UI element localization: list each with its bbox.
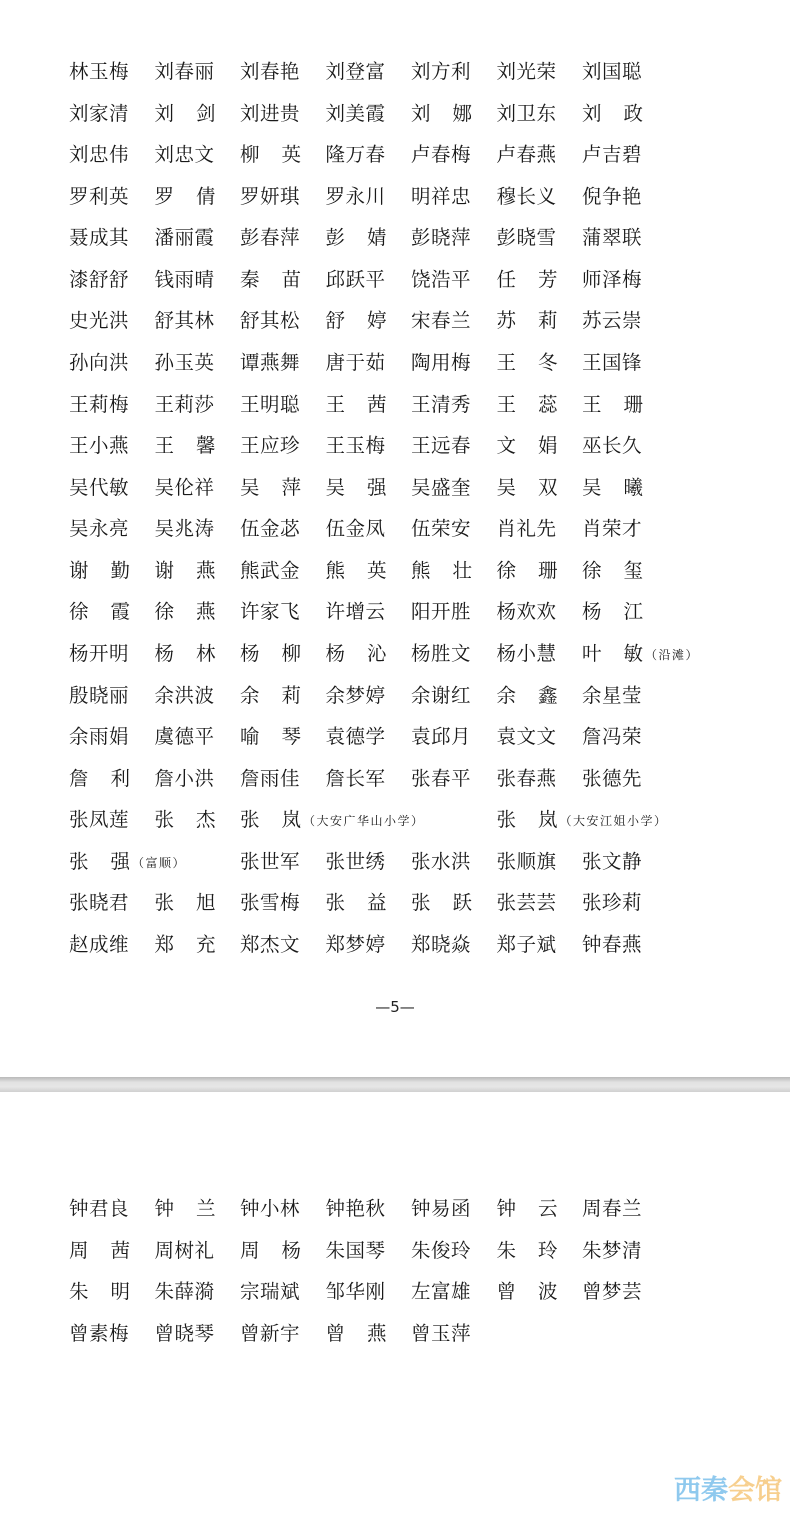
person-name: 陶用梅 bbox=[411, 351, 471, 375]
person-name: 林玉梅 bbox=[69, 60, 129, 84]
name-text: 朱国琴 bbox=[326, 1239, 386, 1262]
person-name: 郑充 bbox=[155, 933, 216, 957]
person-name: 朱薛漪 bbox=[155, 1280, 215, 1304]
person-name: 张文静 bbox=[582, 850, 642, 874]
name-text: 刘春丽 bbox=[155, 60, 215, 83]
person-name: 秦苗 bbox=[240, 268, 301, 292]
person-name: 王珊 bbox=[582, 393, 643, 417]
person-name: 吴代敏 bbox=[69, 476, 129, 500]
name-text: 穆长义 bbox=[497, 185, 557, 208]
name-text: 周树礼 bbox=[155, 1239, 215, 1262]
person-name: 朱明 bbox=[69, 1280, 130, 1304]
name-text: 师泽梅 bbox=[582, 268, 642, 291]
person-name: 伍荣安 bbox=[411, 517, 471, 541]
name-text: 吴代敏 bbox=[69, 476, 129, 499]
person-name: 张凤莲 bbox=[69, 808, 129, 832]
person-name: 伍金苾 bbox=[240, 517, 300, 541]
person-name: 卢吉碧 bbox=[582, 143, 642, 167]
name-text: 郑晓焱 bbox=[411, 933, 471, 956]
person-name: 张益 bbox=[326, 891, 387, 915]
person-name: 刘光荣 bbox=[497, 60, 557, 84]
name-text: 郑充 bbox=[155, 933, 216, 956]
person-name: 余梦婷 bbox=[326, 684, 386, 708]
name-text: 郑杰文 bbox=[240, 933, 300, 956]
person-name: 聂成其 bbox=[69, 226, 129, 250]
person-name: 刘国聪 bbox=[582, 60, 642, 84]
person-name: 王明聪 bbox=[240, 393, 300, 417]
page-separator bbox=[0, 1077, 790, 1092]
name-text: 张珍莉 bbox=[582, 891, 642, 914]
name-text: 朱俊玲 bbox=[411, 1239, 471, 1262]
person-name: 饶浩平 bbox=[411, 268, 471, 292]
person-name: 王莉莎 bbox=[155, 393, 215, 417]
name-text: 詹雨佳 bbox=[240, 767, 300, 790]
name-text: 任芳 bbox=[497, 268, 558, 291]
name-text: 伍荣安 bbox=[411, 517, 471, 540]
name-text: 杨林 bbox=[155, 642, 216, 665]
name-text: 宗瑞斌 bbox=[240, 1280, 300, 1303]
name-text: 王玉梅 bbox=[326, 434, 386, 457]
person-name: 舒其林 bbox=[155, 309, 215, 333]
person-name: 余洪波 bbox=[155, 684, 215, 708]
name-text: 苏云崇 bbox=[582, 309, 642, 332]
person-name: 郑子斌 bbox=[497, 933, 557, 957]
person-name: 钟云 bbox=[497, 1197, 558, 1221]
name-text: 巫长久 bbox=[582, 434, 642, 457]
person-name: 刘娜 bbox=[411, 102, 472, 126]
name-text: 刘剑 bbox=[155, 102, 216, 125]
person-name: 王应珍 bbox=[240, 434, 300, 458]
name-text: 孙玉英 bbox=[155, 351, 215, 374]
person-name: 邱跃平 bbox=[326, 268, 386, 292]
name-text: 彭婧 bbox=[326, 226, 387, 249]
name-text: 朱玲 bbox=[497, 1239, 558, 1262]
name-annotation: （沿滩） bbox=[645, 648, 699, 662]
name-text: 袁文文 bbox=[497, 725, 557, 748]
person-name: 潘丽霞 bbox=[155, 226, 215, 250]
name-text: 吴双 bbox=[497, 476, 558, 499]
person-name: 詹长军 bbox=[326, 767, 386, 791]
name-text: 吴强 bbox=[326, 476, 387, 499]
name-text: 钟君良 bbox=[69, 1197, 129, 1220]
person-name: 张世军 bbox=[240, 850, 300, 874]
person-name: 钟小林 bbox=[240, 1197, 300, 1221]
name-text: 吴萍 bbox=[240, 476, 301, 499]
person-name: 曾梦芸 bbox=[582, 1280, 642, 1304]
name-text: 潘丽霞 bbox=[155, 226, 215, 249]
person-name: 杨林 bbox=[155, 642, 216, 666]
person-name: 杨柳 bbox=[240, 642, 301, 666]
name-text: 张强 bbox=[69, 850, 130, 873]
name-text: 刘登富 bbox=[326, 60, 386, 83]
person-name: 刘剑 bbox=[155, 102, 216, 126]
person-name: 罗永川 bbox=[326, 185, 386, 209]
name-text: 杨小慧 bbox=[497, 642, 557, 665]
name-text: 张文静 bbox=[582, 850, 642, 873]
name-text: 刘进贵 bbox=[240, 102, 300, 125]
person-name: 余星莹 bbox=[582, 684, 642, 708]
person-name: 彭春萍 bbox=[240, 226, 300, 250]
name-text: 张凤莲 bbox=[69, 808, 129, 831]
name-text: 宋春兰 bbox=[411, 309, 471, 332]
name-text: 熊英 bbox=[326, 559, 387, 582]
name-text: 王珊 bbox=[582, 393, 643, 416]
person-name: 吴盛奎 bbox=[411, 476, 471, 500]
name-text: 聂成其 bbox=[69, 226, 129, 249]
person-name: 杨沁 bbox=[326, 642, 387, 666]
person-name: 宗瑞斌 bbox=[240, 1280, 300, 1304]
person-name: 文娟 bbox=[497, 434, 558, 458]
name-text: 刘家清 bbox=[69, 102, 129, 125]
person-name: 曾素梅 bbox=[69, 1322, 129, 1346]
name-text: 曾玉萍 bbox=[411, 1322, 471, 1345]
person-name: 周春兰 bbox=[582, 1197, 642, 1221]
name-text: 许增云 bbox=[326, 600, 386, 623]
name-text: 秦苗 bbox=[240, 268, 301, 291]
name-text: 刘忠文 bbox=[155, 143, 215, 166]
name-text: 文娟 bbox=[497, 434, 558, 457]
person-name: 袁邱月 bbox=[411, 725, 471, 749]
name-text: 詹冯荣 bbox=[582, 725, 642, 748]
name-text: 赵成维 bbox=[69, 933, 129, 956]
name-text: 苏莉 bbox=[497, 309, 558, 332]
name-text: 曾晓琴 bbox=[155, 1322, 215, 1345]
person-name: 张强（富顺） bbox=[69, 850, 186, 875]
person-name: 张跃 bbox=[411, 891, 472, 915]
name-text: 徐珊 bbox=[497, 559, 558, 582]
person-name: 刘忠伟 bbox=[69, 143, 129, 167]
name-text: 杨江 bbox=[582, 600, 643, 623]
name-text: 郑子斌 bbox=[497, 933, 557, 956]
person-name: 史光洪 bbox=[69, 309, 129, 333]
person-name: 殷晓丽 bbox=[69, 684, 129, 708]
name-text: 王国锋 bbox=[582, 351, 642, 374]
name-text: 左富雄 bbox=[411, 1280, 471, 1303]
name-text: 余谢红 bbox=[411, 684, 471, 707]
name-text: 卢春燕 bbox=[497, 143, 557, 166]
person-name: 朱国琴 bbox=[326, 1239, 386, 1263]
name-text: 王馨 bbox=[155, 434, 216, 457]
name-text: 张晓君 bbox=[69, 891, 129, 914]
name-text: 余洪波 bbox=[155, 684, 215, 707]
person-name: 杨胜文 bbox=[411, 642, 471, 666]
name-text: 袁邱月 bbox=[411, 725, 471, 748]
person-name: 肖荣才 bbox=[582, 517, 642, 541]
name-annotation: （富顺） bbox=[132, 856, 186, 870]
person-name: 詹利 bbox=[69, 767, 130, 791]
person-name: 王清秀 bbox=[411, 393, 471, 417]
name-text: 张春平 bbox=[411, 767, 471, 790]
name-text: 钟艳秋 bbox=[326, 1197, 386, 1220]
person-name: 徐珊 bbox=[497, 559, 558, 583]
name-text: 曾燕 bbox=[326, 1322, 387, 1345]
name-text: 钟小林 bbox=[240, 1197, 300, 1220]
person-name: 刘春丽 bbox=[155, 60, 215, 84]
name-text: 张水洪 bbox=[411, 850, 471, 873]
name-text: 王应珍 bbox=[240, 434, 300, 457]
name-text: 周春兰 bbox=[582, 1197, 642, 1220]
person-name: 钟易函 bbox=[411, 1197, 471, 1221]
name-text: 喻琴 bbox=[240, 725, 301, 748]
person-name: 刘政 bbox=[582, 102, 643, 126]
person-name: 熊武金 bbox=[240, 559, 300, 583]
person-name: 张杰 bbox=[155, 808, 216, 832]
name-text: 詹利 bbox=[69, 767, 130, 790]
name-text: 杨欢欢 bbox=[497, 600, 557, 623]
name-text: 张旭 bbox=[155, 891, 216, 914]
name-annotation: （大安江姐小学） bbox=[560, 814, 668, 828]
name-text: 王清秀 bbox=[411, 393, 471, 416]
name-text: 杨胜文 bbox=[411, 642, 471, 665]
person-name: 明祥忠 bbox=[411, 185, 471, 209]
person-name: 张雪梅 bbox=[240, 891, 300, 915]
person-name: 喻琴 bbox=[240, 725, 301, 749]
person-name: 张春平 bbox=[411, 767, 471, 791]
name-text: 张春燕 bbox=[497, 767, 557, 790]
name-text: 罗永川 bbox=[326, 185, 386, 208]
person-name: 卢春梅 bbox=[411, 143, 471, 167]
name-text: 卢吉碧 bbox=[582, 143, 642, 166]
person-name: 熊英 bbox=[326, 559, 387, 583]
person-name: 刘春艳 bbox=[240, 60, 300, 84]
name-text: 吴兆涛 bbox=[155, 517, 215, 540]
person-name: 师泽梅 bbox=[582, 268, 642, 292]
name-text: 吴曦 bbox=[582, 476, 643, 499]
person-name: 曾波 bbox=[497, 1280, 558, 1304]
person-name: 王蕊 bbox=[497, 393, 558, 417]
person-name: 张春燕 bbox=[497, 767, 557, 791]
person-name: 余鑫 bbox=[497, 684, 558, 708]
person-name: 隆万春 bbox=[326, 143, 386, 167]
name-text: 张跃 bbox=[411, 891, 472, 914]
person-name: 刘忠文 bbox=[155, 143, 215, 167]
name-text: 熊武金 bbox=[240, 559, 300, 582]
person-name: 王冬 bbox=[497, 351, 558, 375]
name-text: 殷晓丽 bbox=[69, 684, 129, 707]
person-name: 王小燕 bbox=[69, 434, 129, 458]
person-name: 郑杰文 bbox=[240, 933, 300, 957]
name-text: 饶浩平 bbox=[411, 268, 471, 291]
person-name: 张珍莉 bbox=[582, 891, 642, 915]
person-name: 刘美霞 bbox=[326, 102, 386, 126]
name-text: 彭春萍 bbox=[240, 226, 300, 249]
person-name: 吴曦 bbox=[582, 476, 643, 500]
person-name: 杨小慧 bbox=[497, 642, 557, 666]
name-text: 王冬 bbox=[497, 351, 558, 374]
name-text: 谢燕 bbox=[155, 559, 216, 582]
person-name: 罗倩 bbox=[155, 185, 216, 209]
name-text: 谢勤 bbox=[69, 559, 130, 582]
name-text: 徐霞 bbox=[69, 600, 130, 623]
name-text: 詹长军 bbox=[326, 767, 386, 790]
name-text: 钟云 bbox=[497, 1197, 558, 1220]
name-text: 王莉莎 bbox=[155, 393, 215, 416]
name-text: 余梦婷 bbox=[326, 684, 386, 707]
name-text: 钟春燕 bbox=[582, 933, 642, 956]
name-text: 刘政 bbox=[582, 102, 643, 125]
person-name: 张世绣 bbox=[326, 850, 386, 874]
name-text: 王远春 bbox=[411, 434, 471, 457]
person-name: 吴萍 bbox=[240, 476, 301, 500]
name-text: 唐于茹 bbox=[326, 351, 386, 374]
name-text: 柳英 bbox=[240, 143, 301, 166]
person-name: 张旭 bbox=[155, 891, 216, 915]
name-text: 杨沁 bbox=[326, 642, 387, 665]
name-text: 周茜 bbox=[69, 1239, 130, 1262]
name-text: 孙向洪 bbox=[69, 351, 129, 374]
person-name: 虞德平 bbox=[155, 725, 215, 749]
name-text: 刘方利 bbox=[411, 60, 471, 83]
person-name: 孙向洪 bbox=[69, 351, 129, 375]
name-text: 张芸芸 bbox=[497, 891, 557, 914]
name-text: 刘美霞 bbox=[326, 102, 386, 125]
person-name: 赵成维 bbox=[69, 933, 129, 957]
person-name: 刘方利 bbox=[411, 60, 471, 84]
name-text: 刘卫东 bbox=[497, 102, 557, 125]
person-name: 钟君良 bbox=[69, 1197, 129, 1221]
person-name: 唐于茹 bbox=[326, 351, 386, 375]
name-text: 王小燕 bbox=[69, 434, 129, 457]
person-name: 左富雄 bbox=[411, 1280, 471, 1304]
person-name: 王国锋 bbox=[582, 351, 642, 375]
name-text: 刘娜 bbox=[411, 102, 472, 125]
name-text: 漆舒舒 bbox=[69, 268, 129, 291]
person-name: 徐燕 bbox=[155, 600, 216, 624]
name-text: 舒其林 bbox=[155, 309, 215, 332]
person-name: 郑梦婷 bbox=[326, 933, 386, 957]
person-name: 张芸芸 bbox=[497, 891, 557, 915]
name-text: 郑梦婷 bbox=[326, 933, 386, 956]
person-name: 肖礼先 bbox=[497, 517, 557, 541]
name-text: 彭晓萍 bbox=[411, 226, 471, 249]
name-text: 王茜 bbox=[326, 393, 387, 416]
name-text: 张世军 bbox=[240, 850, 300, 873]
person-name: 邹华刚 bbox=[326, 1280, 386, 1304]
name-text: 杨柳 bbox=[240, 642, 301, 665]
name-text: 史光洪 bbox=[69, 309, 129, 332]
watermark-part-2: 会馆 bbox=[728, 1475, 782, 1506]
name-text: 隆万春 bbox=[326, 143, 386, 166]
name-text: 王明聪 bbox=[240, 393, 300, 416]
person-name: 曾玉萍 bbox=[411, 1322, 471, 1346]
name-text: 朱明 bbox=[69, 1280, 130, 1303]
name-text: 熊壮 bbox=[411, 559, 472, 582]
name-text: 钱雨晴 bbox=[155, 268, 215, 291]
name-text: 吴伦祥 bbox=[155, 476, 215, 499]
person-name: 曾晓琴 bbox=[155, 1322, 215, 1346]
name-text: 刘光荣 bbox=[497, 60, 557, 83]
name-text: 刘忠伟 bbox=[69, 143, 129, 166]
name-text: 余鑫 bbox=[497, 684, 558, 707]
name-text: 张雪梅 bbox=[240, 891, 300, 914]
person-name: 余莉 bbox=[240, 684, 301, 708]
person-name: 张岚（大安广华山小学） bbox=[240, 808, 425, 833]
name-text: 吴永亮 bbox=[69, 517, 129, 540]
person-name: 钱雨晴 bbox=[155, 268, 215, 292]
person-name: 郑晓焱 bbox=[411, 933, 471, 957]
person-name: 宋春兰 bbox=[411, 309, 471, 333]
name-text: 余莉 bbox=[240, 684, 301, 707]
name-text: 舒其松 bbox=[240, 309, 300, 332]
person-name: 倪争艳 bbox=[582, 185, 642, 209]
name-text: 吴盛奎 bbox=[411, 476, 471, 499]
name-text: 彭晓雪 bbox=[497, 226, 557, 249]
name-text: 谭燕舞 bbox=[240, 351, 300, 374]
person-name: 巫长久 bbox=[582, 434, 642, 458]
person-name: 罗妍琪 bbox=[240, 185, 300, 209]
person-name: 王茜 bbox=[326, 393, 387, 417]
name-text: 伍金凤 bbox=[326, 517, 386, 540]
page-number: —5— bbox=[0, 998, 790, 1016]
person-name: 蒲翠联 bbox=[582, 226, 642, 250]
name-text: 伍金苾 bbox=[240, 517, 300, 540]
person-name: 朱梦清 bbox=[582, 1239, 642, 1263]
name-text: 钟易函 bbox=[411, 1197, 471, 1220]
person-name: 钟兰 bbox=[155, 1197, 216, 1221]
person-name: 钟艳秋 bbox=[326, 1197, 386, 1221]
document-page-5: 林玉梅刘春丽刘春艳刘登富刘方利刘光荣刘国聪刘家清刘剑刘进贵刘美霞刘娜刘卫东刘政刘… bbox=[0, 0, 790, 1077]
name-text: 张岚 bbox=[240, 808, 301, 831]
person-name: 詹小洪 bbox=[155, 767, 215, 791]
person-name: 苏莉 bbox=[497, 309, 558, 333]
name-text: 曾波 bbox=[497, 1280, 558, 1303]
person-name: 杨江 bbox=[582, 600, 643, 624]
person-name: 吴兆涛 bbox=[155, 517, 215, 541]
person-name: 周茜 bbox=[69, 1239, 130, 1263]
person-name: 张水洪 bbox=[411, 850, 471, 874]
person-name: 刘卫东 bbox=[497, 102, 557, 126]
name-text: 邹华刚 bbox=[326, 1280, 386, 1303]
name-text: 袁德学 bbox=[326, 725, 386, 748]
person-name: 王远春 bbox=[411, 434, 471, 458]
name-text: 明祥忠 bbox=[411, 185, 471, 208]
name-text: 刘国聪 bbox=[582, 60, 642, 83]
name-text: 余星莹 bbox=[582, 684, 642, 707]
name-text: 曾素梅 bbox=[69, 1322, 129, 1345]
person-name: 任芳 bbox=[497, 268, 558, 292]
person-name: 刘家清 bbox=[69, 102, 129, 126]
name-text: 朱薛漪 bbox=[155, 1280, 215, 1303]
name-text: 林玉梅 bbox=[69, 60, 129, 83]
person-name: 杨欢欢 bbox=[497, 600, 557, 624]
name-text: 罗倩 bbox=[155, 185, 216, 208]
name-text: 陶用梅 bbox=[411, 351, 471, 374]
person-name: 柳英 bbox=[240, 143, 301, 167]
person-name: 徐霞 bbox=[69, 600, 130, 624]
name-text: 张世绣 bbox=[326, 850, 386, 873]
person-name: 王馨 bbox=[155, 434, 216, 458]
person-name: 舒其松 bbox=[240, 309, 300, 333]
name-text: 舒婷 bbox=[326, 309, 387, 332]
person-name: 徐玺 bbox=[582, 559, 643, 583]
person-name: 曾新宇 bbox=[240, 1322, 300, 1346]
name-text: 卢春梅 bbox=[411, 143, 471, 166]
name-text: 张益 bbox=[326, 891, 387, 914]
name-text: 邱跃平 bbox=[326, 268, 386, 291]
name-text: 蒲翠联 bbox=[582, 226, 642, 249]
name-text: 余雨娟 bbox=[69, 725, 129, 748]
name-text: 张杰 bbox=[155, 808, 216, 831]
person-name: 刘进贵 bbox=[240, 102, 300, 126]
person-name: 曾燕 bbox=[326, 1322, 387, 1346]
person-name: 彭晓雪 bbox=[497, 226, 557, 250]
name-text: 罗妍琪 bbox=[240, 185, 300, 208]
person-name: 周杨 bbox=[240, 1239, 301, 1263]
person-name: 朱俊玲 bbox=[411, 1239, 471, 1263]
person-name: 杨开明 bbox=[69, 642, 129, 666]
name-text: 许家飞 bbox=[240, 600, 300, 623]
name-text: 曾新宇 bbox=[240, 1322, 300, 1345]
